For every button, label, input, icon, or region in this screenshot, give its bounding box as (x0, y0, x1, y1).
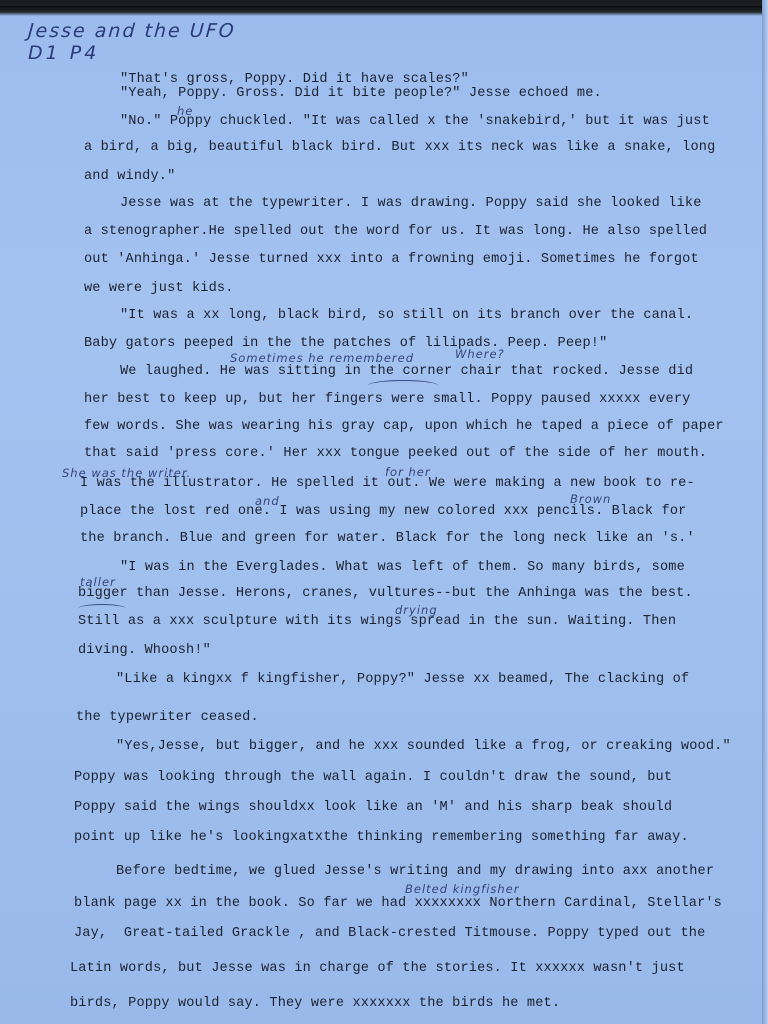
handwritten-edit: Brown (570, 492, 611, 506)
typed-line: "It was a xx long, black bird, so still … (120, 308, 693, 323)
typed-line: the branch. Blue and green for water. Bl… (80, 531, 695, 546)
typed-line: Still as a xxx sculpture with its wings … (78, 614, 676, 629)
typed-line: "Yes,Jesse, but bigger, and he xxx sound… (116, 739, 731, 754)
handwritten-edit: for her (385, 465, 431, 479)
typed-line: Jesse was at the typewriter. I was drawi… (120, 196, 702, 211)
typed-line: that said 'press core.' Her xxx tongue p… (84, 446, 707, 461)
handwritten-edit: taller (80, 575, 116, 589)
typed-line: point up like he's lookingxatxthe thinki… (74, 830, 689, 845)
handwritten-edit: Belted kingfisher (405, 882, 519, 896)
typed-line: a bird, a big, beautiful black bird. But… (84, 140, 715, 155)
typed-line: "Like a kingxx f kingfisher, Poppy?" Jes… (116, 672, 689, 687)
typed-line: birds, Poppy would say. They were xxxxxx… (70, 996, 560, 1011)
handwritten-edit: Sometimes he remembered (230, 351, 414, 365)
typed-line: Jay, Great-tailed Grackle , and Black-cr… (74, 926, 705, 941)
typed-line: "Yeah, Poppy. Gross. Did it bite people?… (120, 86, 602, 101)
typed-line: place the lost red one. I was using my n… (80, 504, 686, 519)
manuscript-title: Jesse and the UFO (27, 20, 236, 42)
typed-line: Before bedtime, we glued Jesse's writing… (116, 864, 714, 879)
typed-line: and windy." (84, 169, 175, 184)
handwritten-edit: Where? (455, 347, 505, 361)
typed-line: We laughed. He was sitting in the corner… (120, 364, 693, 379)
typed-line: bigger than Jesse. Herons, cranes, vultu… (78, 586, 693, 601)
typed-line: a stenographer.He spelled out the word f… (84, 224, 707, 239)
photo-shadow (0, 6, 768, 16)
pen-underline (78, 604, 126, 613)
typed-line: few words. She was wearing his gray cap,… (84, 419, 724, 434)
typed-line: Baby gators peeped in the the patches of… (84, 336, 607, 351)
page-edge (762, 0, 768, 1024)
draft-page-label: D1 P4 (28, 42, 99, 64)
typed-line: diving. Whoosh!" (78, 643, 211, 658)
handwritten-edit: he (177, 104, 193, 118)
typed-line: the typewriter ceased. (76, 710, 259, 725)
manuscript-page: Jesse and the UFO D1 P4 "That's gross, P… (0, 6, 766, 1024)
typed-line: her best to keep up, but her fingers wer… (84, 392, 690, 407)
typed-line: "No." Poppy chuckled. "It was called x t… (120, 114, 710, 129)
typed-line: Poppy was looking through the wall again… (74, 770, 672, 785)
typed-line: "I was in the Everglades. What was left … (120, 560, 685, 575)
typed-line: Latin words, but Jesse was in charge of … (70, 961, 685, 976)
pen-underline (368, 380, 438, 391)
handwritten-edit: drying (395, 603, 438, 617)
typed-line: "That's gross, Poppy. Did it have scales… (120, 72, 469, 87)
typed-line: we were just kids. (84, 281, 234, 296)
typed-line: out 'Anhinga.' Jesse turned xxx into a f… (84, 252, 699, 267)
typed-line: Poppy said the wings shouldxx look like … (74, 800, 672, 815)
handwritten-edit: She was the writer. (62, 466, 191, 480)
typed-line: blank page xx in the book. So far we had… (74, 896, 722, 911)
handwritten-edit: and (255, 494, 280, 508)
